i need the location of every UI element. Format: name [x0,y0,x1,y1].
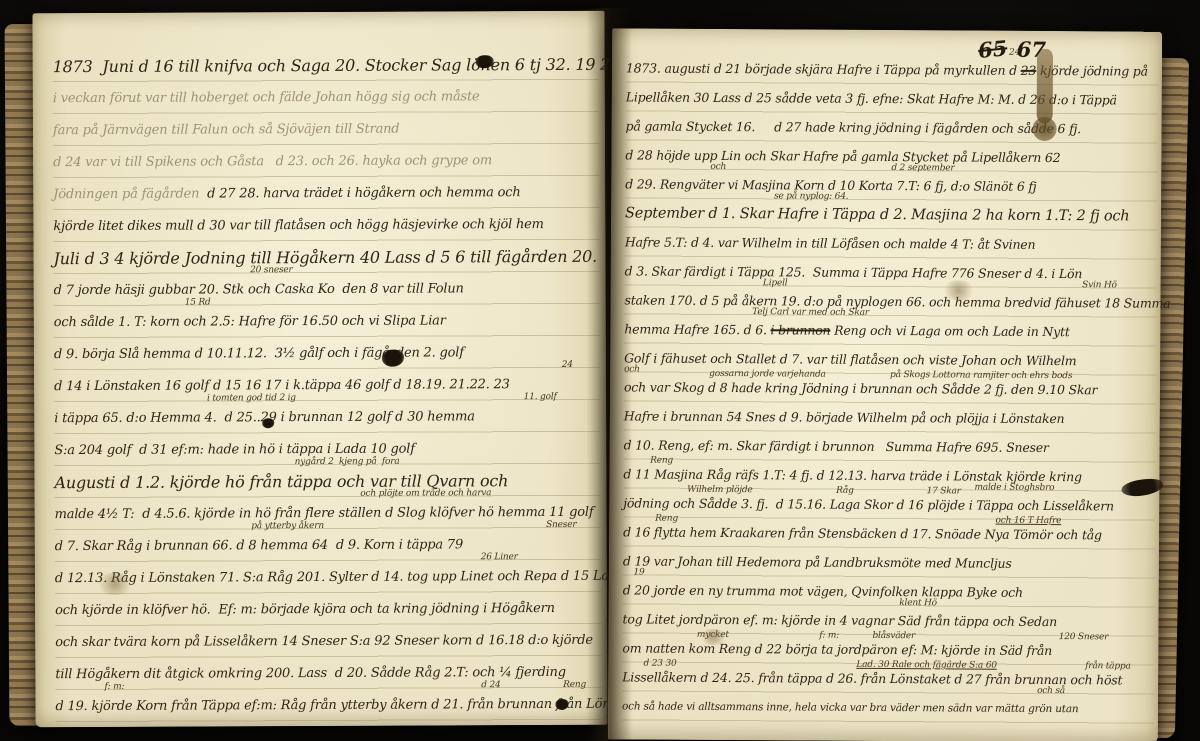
journal-line: Golf i fähuset och Stallet d 7. var till… [624,344,1156,376]
journal-line: Juli d 3 4 kjörde Jodning till Högåkern … [53,241,599,275]
journal-line: i täppa 65. d:o Hemma 4. d 25..29 i brun… [54,401,600,435]
journal-line: till Högåkern dit åtgick omkring 200. La… [55,657,601,691]
journal-line: och så hade vi alltsammans inne, hela vi… [622,692,1154,724]
journal-line: d 20 jorde en ny trumma mot vägen, Qvinf… [623,576,1155,608]
journal-photo: 1873 Juni d 16 till knifva och Saga 20. … [0,0,1200,741]
interlinear-note: Reng [563,681,586,690]
journal-line: d 29. Rengväter vi Masjina Korn d 10 Kor… [625,170,1157,202]
interlinear-note: Telj Carl var med och Skar [752,308,869,318]
journal-line: Hafre i brunnan 54 Snes d 9. började Wil… [624,402,1156,434]
interlinear-note: se på nyplog: 64. [774,192,848,201]
faint-text: Jödningen på fägården [53,186,207,202]
journal-line: jödning och Sådde 3. fj. d 15.16. Laga S… [623,489,1155,521]
interlinear-note: och plöjte om träde och harva [360,489,491,499]
journal-line: Lipellåken 30 Lass d 25 sådde veta 3 fj.… [626,83,1158,115]
interlinear-note: och [710,163,726,172]
interlinear-note: d 24 [481,681,500,690]
interlinear-note: d 2 september [891,164,954,173]
lines: 1873. augusti d 21 började skjära Hafre … [622,54,1158,724]
journal-line: d 3. Skar färdigt i Täppa 125. Summa i T… [625,257,1157,289]
interlinear-note: Sneser [546,521,576,530]
page-number: 65 67 [978,37,1046,62]
journal-line: Augusti d 1.2. kjörde hö från täppa och … [54,465,600,499]
journal-line: d 14 i Lönstaken 16 golf d 15 16 17 i k.… [54,369,600,403]
journal-line: d 24 var vi till Spikens och Gåsta d 23.… [53,145,599,179]
journal-line: Hafre 5.T: d 4. var Wilhelm in till Löfå… [625,228,1157,260]
interlinear-note: klent Hö [899,599,937,608]
journal-line: Jödningen på fägården d 27 28. harva trä… [53,177,599,211]
journal-line: kjörde litet dikes mull d 30 var till fl… [53,209,599,243]
journal-line: i veckan förut var till hoberget och fäl… [53,81,599,115]
journal-line: September d 1. Skar Hafre i Täppa d 2. M… [625,199,1157,231]
interlinear-note: i tomten god tid 2 ig [207,394,296,403]
journal-line: 1873. augusti d 21 började skjära Hafre … [626,54,1158,86]
journal-line: d 11 Masjina Råg räfs 1.T: 4 fj. d 12.13… [623,460,1155,492]
journal-line: Lissellåkern d 24. 25. från täppa d 26. … [622,663,1154,695]
journal-line: om natten kom Reng d 22 börja ta jordpär… [622,634,1154,666]
interlinear-note: 20 sneser [250,266,293,275]
interlinear-note: malde i Stoghsbro [974,484,1054,493]
journal-line: hemma Hafre 165. d 6. i brunnon Reng och… [624,315,1156,347]
left-page: 1873 Juni d 16 till knifva och Saga 20. … [32,11,607,727]
interlinear-note: på ytterby åkern [251,522,324,531]
journal-line: och var Skog d 8 hade kring Jödning i br… [624,373,1156,405]
journal-line: tog Litet jordpäron ef. m: kjörde in 4 v… [622,605,1154,637]
interlinear-note: och så [1037,687,1065,696]
lines: 1873 Juni d 16 till knifva och Saga 20. … [53,49,602,723]
journal-line: d 7 jorde häsji gubbar 20. Stk och Caska… [54,273,600,307]
journal-line: malde 4½ T: d 4.5.6. kjörde in hö från f… [55,497,601,531]
journal-line: och sålde 1. T: korn och 2.5: Hafre för … [54,305,600,339]
interlinear-note: 19 [633,568,644,577]
interlinear-note: nygård 2 kjeng på fora [295,458,400,467]
journal-line: och skar tvära korn på Lisselåkern 14 Sn… [55,625,601,659]
interlinear-note: och [624,365,640,374]
right-page: 65 67 1873. augusti d 21 började skjära … [608,28,1162,741]
crossed-page-number: 65 [977,35,1009,63]
interlinear-note: 11. golf [524,393,557,402]
journal-line: d 7. Skar Råg i brunnan 66. d 8 hemma 64… [55,529,601,563]
interlinear-note: Svin Hö [1082,281,1117,290]
journal-line: 1873 Juni d 16 till knifva och Saga 20. … [53,49,599,83]
journal-line: d 10. Reng, ef: m. Skar färdigt i brunno… [624,431,1156,463]
journal-line: d 9. börja Slå hemma d 10.11.12. 3½ gålf… [54,337,600,371]
journal-line: på gamla Stycket 16. d 27 hade kring jöd… [625,112,1157,144]
journal-line: staken 170. d 5 på åkern 19. d:o på nypl… [624,286,1156,318]
interlinear-note: 24 [562,361,573,370]
journal-line: d 12.13. Råg i Lönstaken 71. S:a Råg 201… [55,561,601,595]
interlinear-note: 26 Liner [481,553,518,562]
journal-line: d 19 var Johan till Hedemora på Landbruk… [623,547,1155,579]
journal-line: d 19. kjörde Korn från Täppa ef:m: Råg f… [55,689,601,723]
journal-line: fara på Järnvägen till Falun och så Sjöv… [53,113,599,147]
journal-line: och kjörde in klöfver hö. Ef: m: började… [55,593,601,627]
interlinear-note: f: m: [104,683,124,692]
interlinear-note: 15 Rd [185,298,211,307]
journal-line: d 16 flytta hem Kraakaren från Stensbäck… [623,518,1155,550]
interlinear-note: Lipell [763,279,788,288]
